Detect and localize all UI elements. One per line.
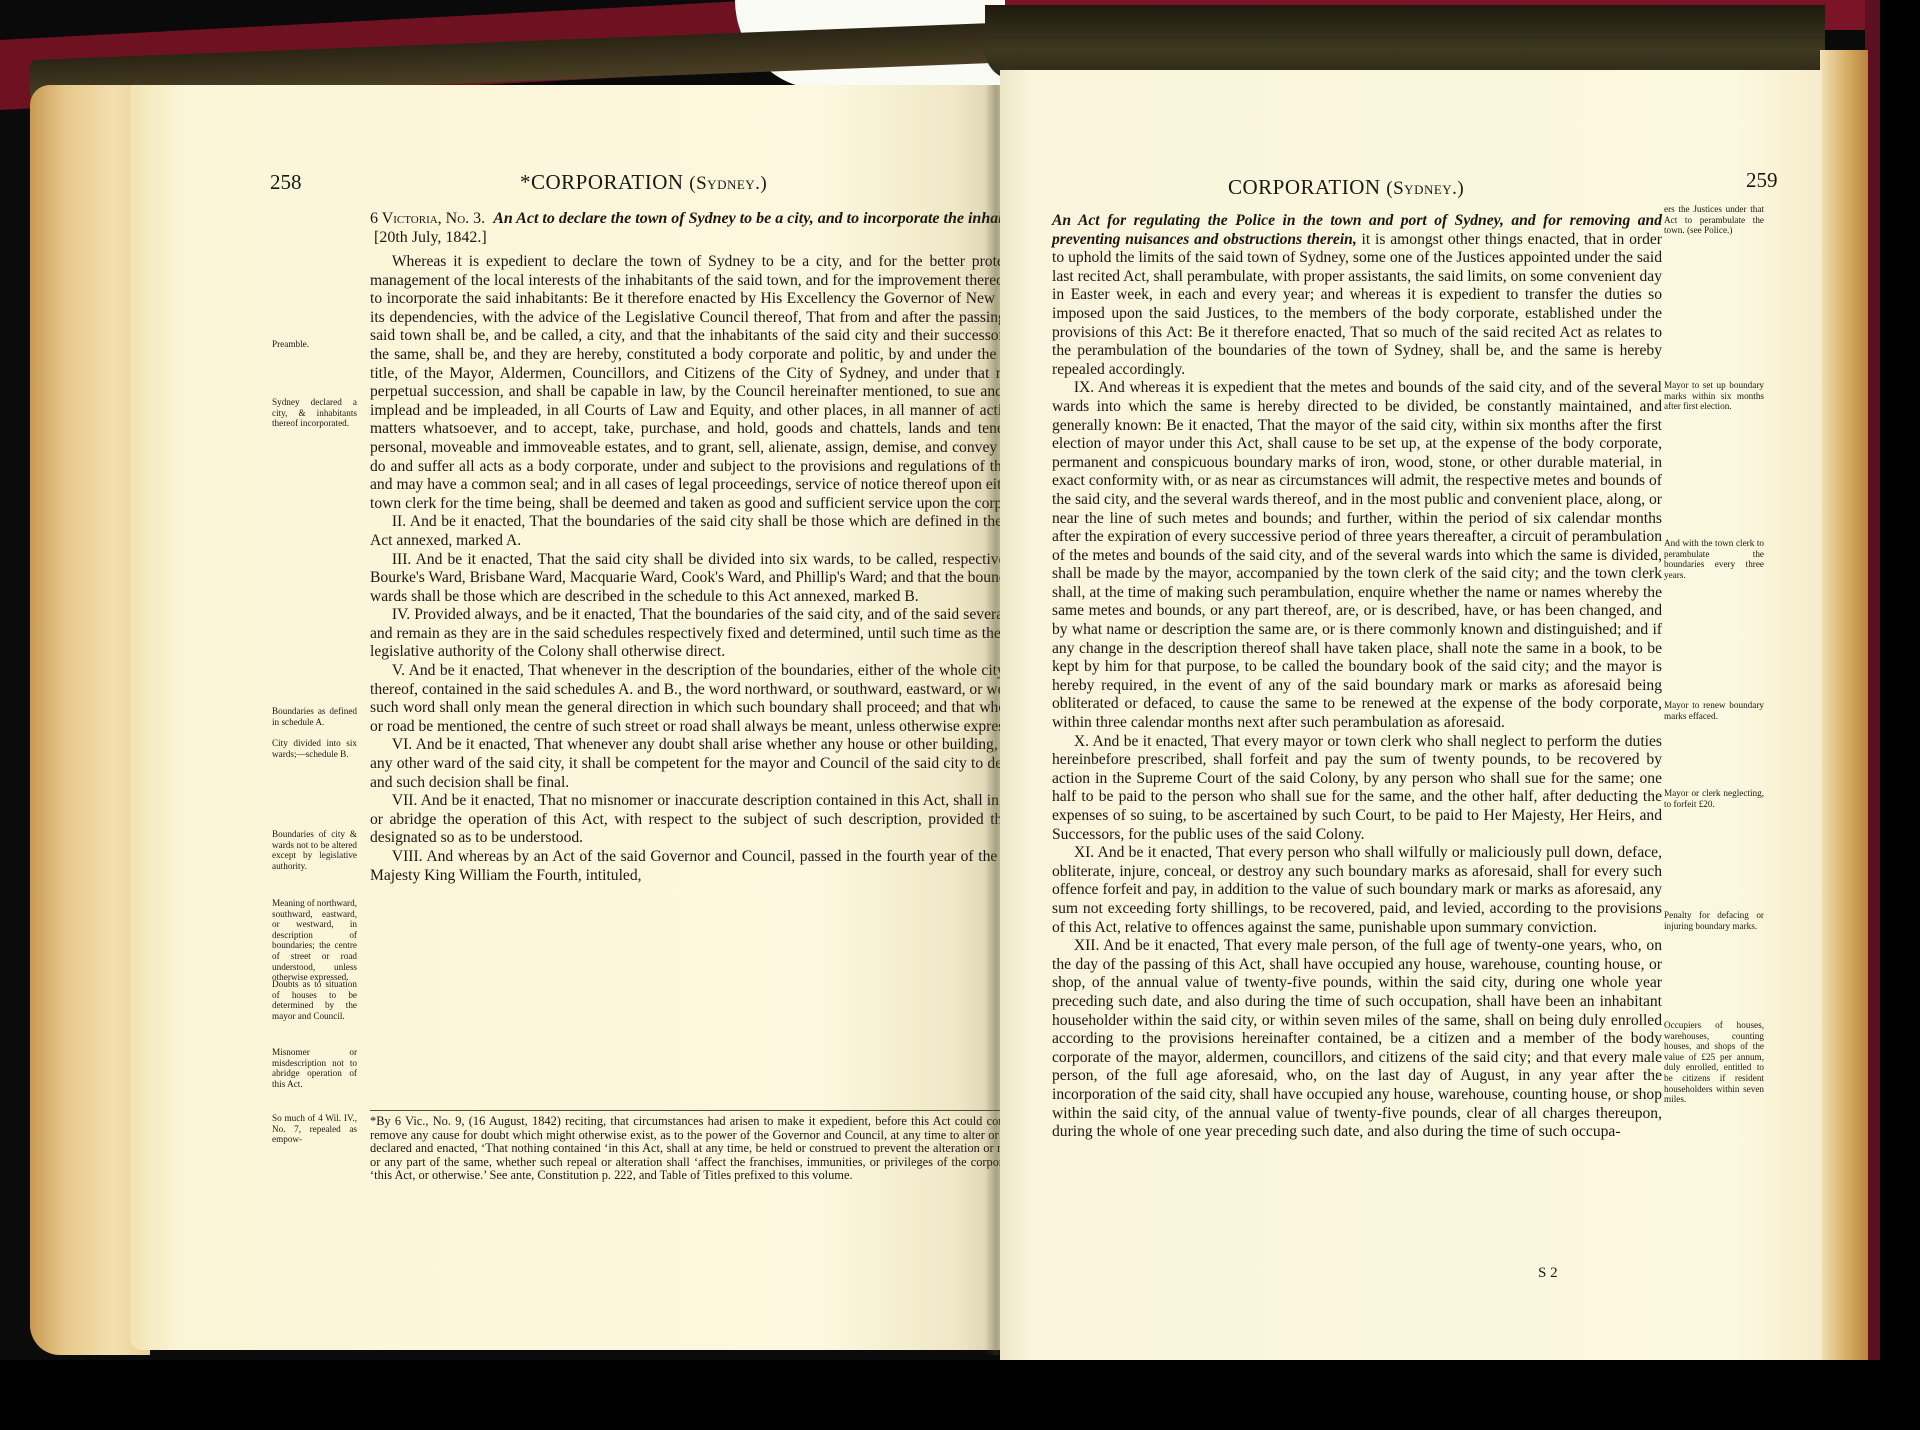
act-date: [20th July, 1842.] <box>374 229 487 246</box>
background-bottom <box>0 1360 1920 1430</box>
paragraph-section-9: IX. And whereas it is expedient that the… <box>1052 379 1662 732</box>
paragraph-section-11: XI. And be it enacted, That every person… <box>1052 844 1662 937</box>
paragraph-section-12: XII. And be it enacted, That every male … <box>1052 937 1662 1142</box>
margin-note: Boundaries as defined in schedule A. <box>272 706 357 727</box>
body-text: An Act for regulating the Police in the … <box>1052 212 1662 1142</box>
paragraph-section-10: X. And be it enacted, That every mayor o… <box>1052 733 1662 845</box>
left-page: 258 *CORPORATION (Sydney.) 6 Victoria, N… <box>130 85 1000 1350</box>
margin-note: Mayor or clerk neglecting, to forfeit £2… <box>1664 788 1764 809</box>
margin-note: Penalty for defacing or injuring boundar… <box>1664 910 1764 931</box>
act-citation: 6 Victoria, No. 3. <box>370 210 485 227</box>
margin-note: Sydney declared a city, & inhabitants th… <box>272 397 357 429</box>
margin-note: City divided into six wards;—schedule B. <box>272 738 357 759</box>
running-head: CORPORATION (Sydney.) <box>1228 175 1464 200</box>
running-head-main: CORPORATION <box>1228 175 1381 199</box>
running-head: *CORPORATION (Sydney.) <box>520 170 767 195</box>
margin-note: Occupiers of houses, warehouses, countin… <box>1664 1020 1764 1105</box>
margin-note: Meaning of northward, southward, eastwar… <box>272 898 357 983</box>
right-page: CORPORATION (Sydney.) 259 An Act for reg… <box>1000 70 1822 1360</box>
margin-note: Mayor to renew boundary marks effaced. <box>1664 700 1764 721</box>
margin-note: So much of 4 Wil. IV., No. 7, repealed a… <box>272 1113 357 1145</box>
running-head-paren: (Sydney.) <box>1386 178 1464 199</box>
page-edges-top-right <box>985 5 1825 80</box>
signature-mark: S 2 <box>1538 1265 1558 1282</box>
running-head-paren: (Sydney.) <box>689 173 767 194</box>
margin-note: And with the town clerk to perambulate t… <box>1664 538 1764 580</box>
background-right <box>1880 0 1920 1430</box>
margin-note: Mayor to set up boundary marks within si… <box>1664 380 1764 412</box>
margin-note: ers the Justices under that Act to peram… <box>1664 204 1764 236</box>
margin-note: Misnomer or misdescription not to abridg… <box>272 1047 357 1089</box>
margin-note: Doubts as to situation of houses to be d… <box>272 979 357 1021</box>
fore-edge-right <box>1820 50 1868 1360</box>
margin-note: Preamble. <box>272 339 357 350</box>
paragraph-continuation: An Act for regulating the Police in the … <box>1052 212 1662 379</box>
running-head-main: *CORPORATION <box>520 170 684 194</box>
page-number: 258 <box>270 170 302 195</box>
continuation-text: it is amongst other things enacted, that… <box>1052 231 1662 378</box>
margin-note: Boundaries of city & wards not to be alt… <box>272 829 357 871</box>
page-number: 259 <box>1746 168 1778 193</box>
